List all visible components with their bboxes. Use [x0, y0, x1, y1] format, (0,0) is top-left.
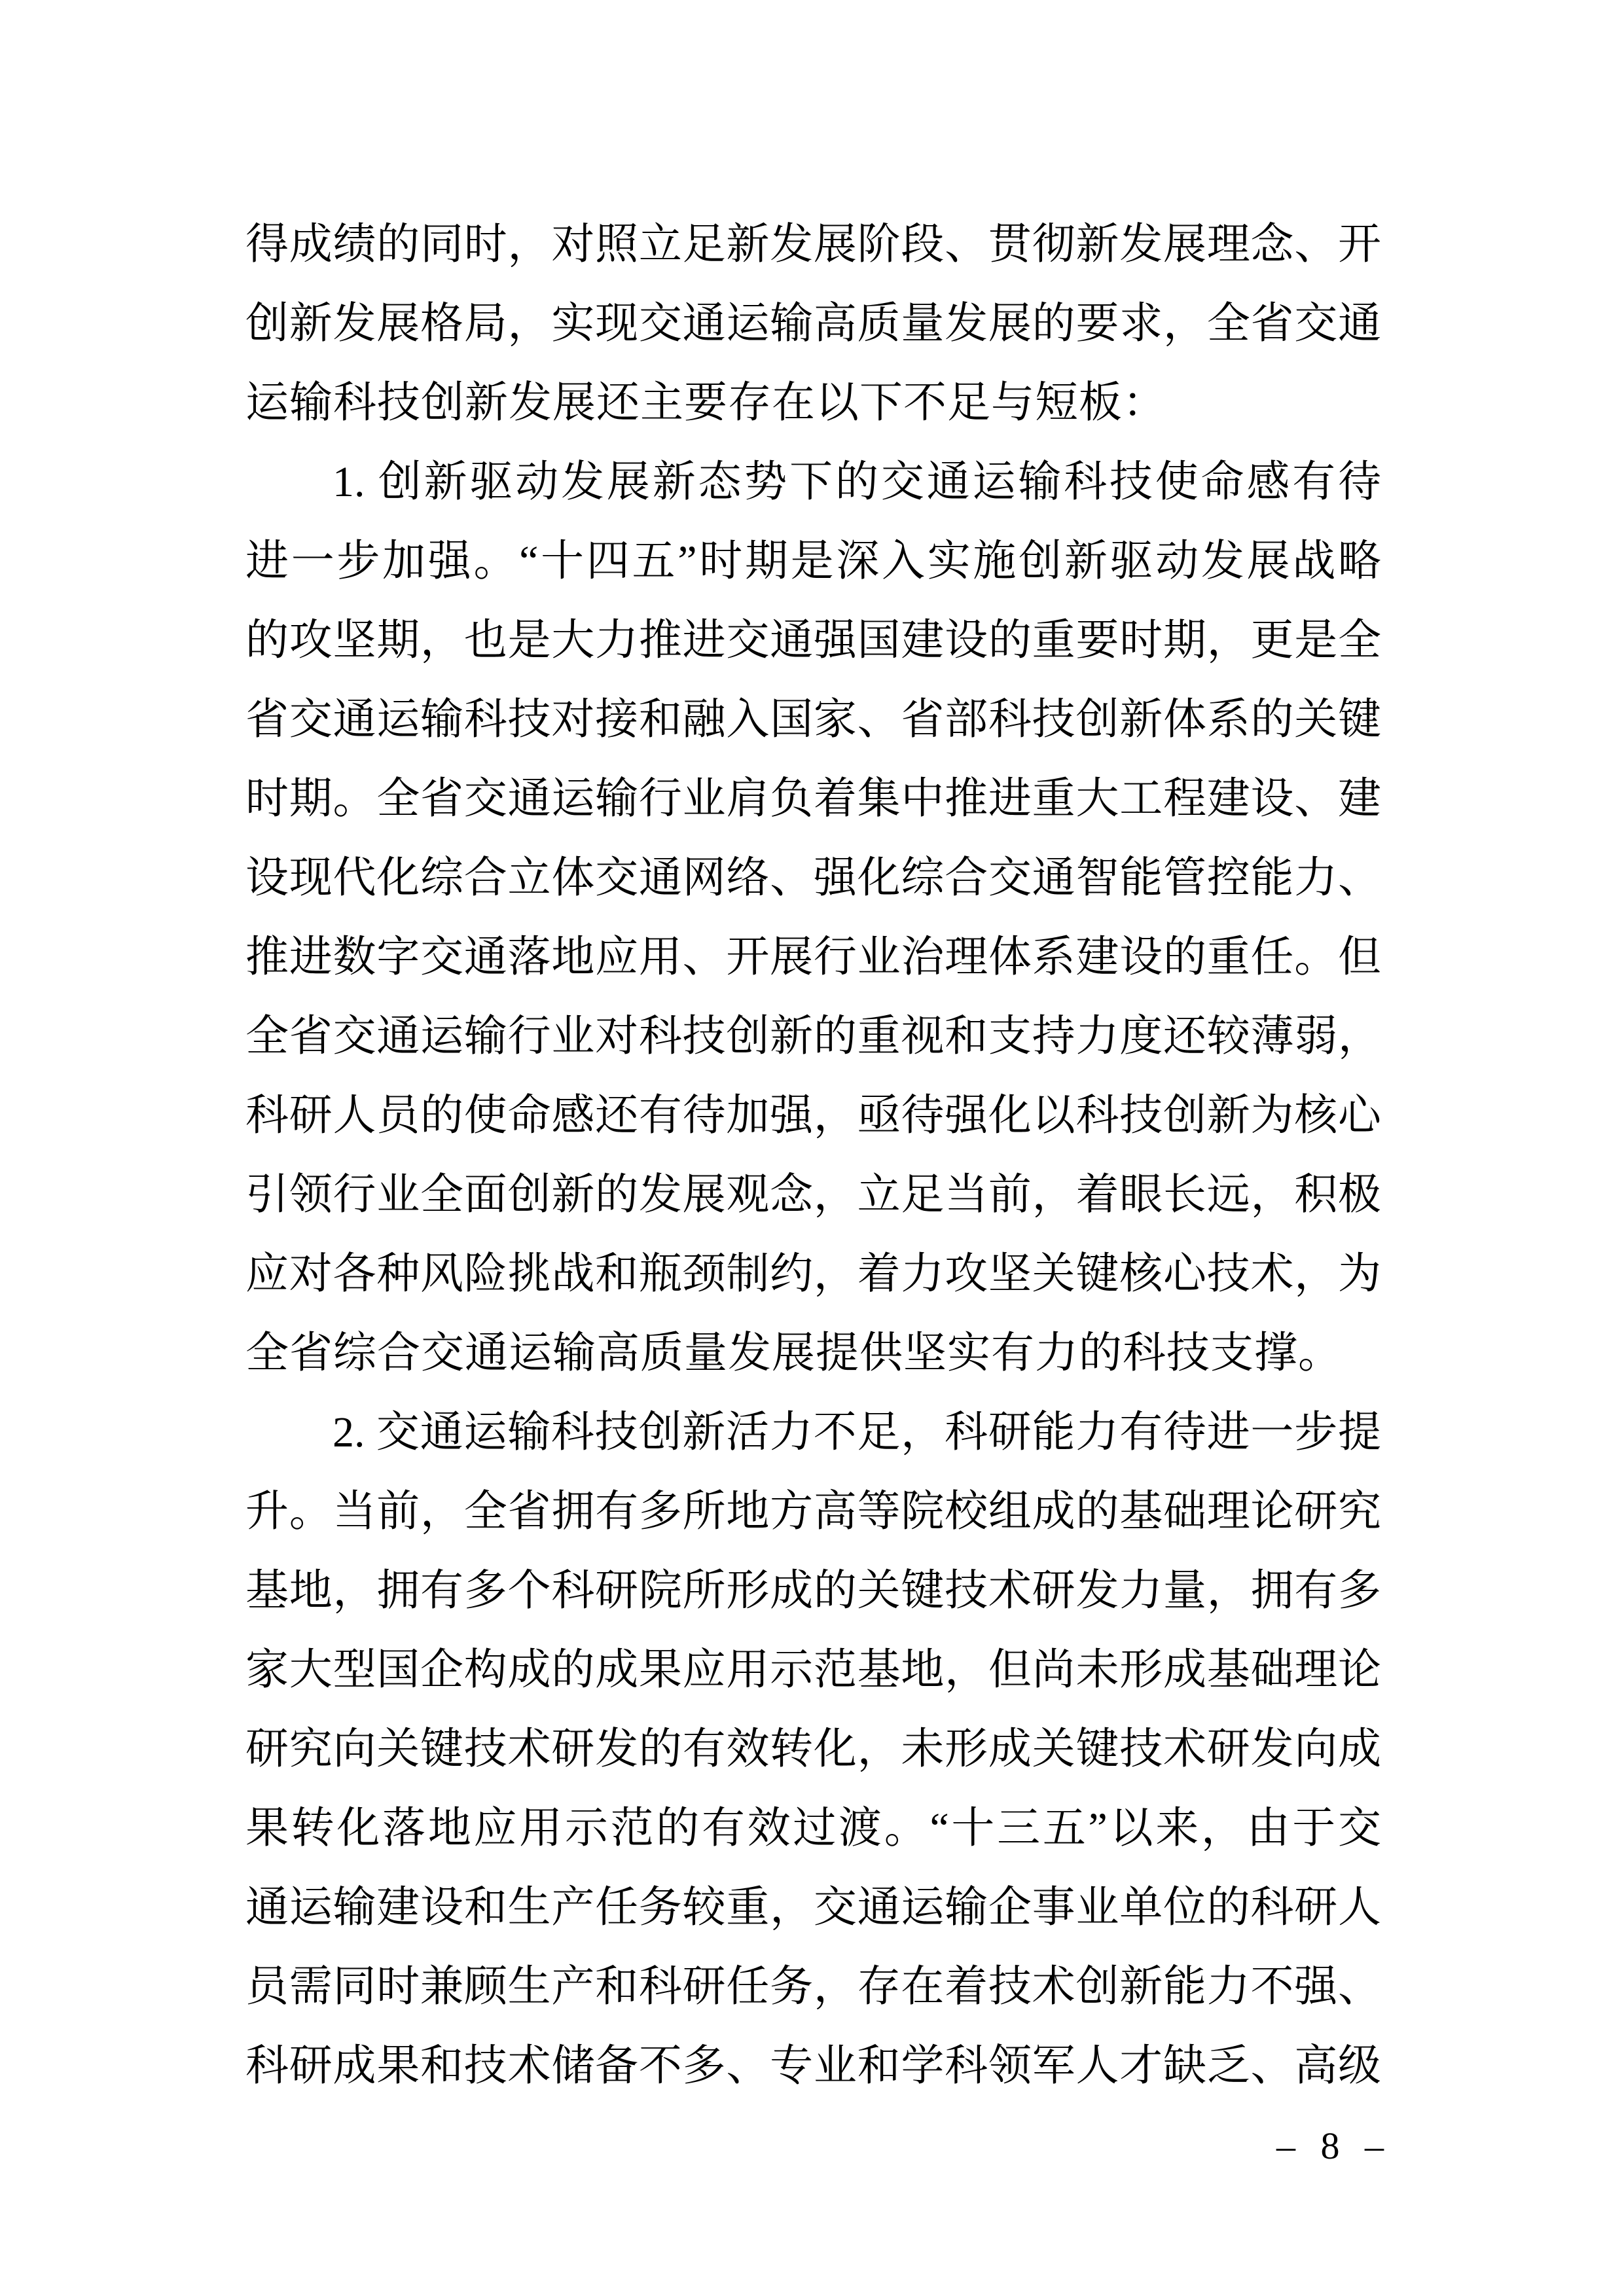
text-line: 应对各种风险挑战和瓶颈制约，着力攻坚关键核心技术，为 [245, 1234, 1381, 1314]
text-line: 升。当前，全省拥有多所地方高等院校组成的基础理论研究 [245, 1472, 1381, 1551]
text-line: 省交通运输科技对接和融入国家、省部科技创新体系的关键 [245, 680, 1381, 759]
document-body: 得成绩的同时，对照立足新发展阶段、贯彻新发展理念、开创新发展格局，实现交通运输高… [245, 205, 1381, 2106]
text-line: 创新发展格局，实现交通运输高质量发展的要求，全省交通 [245, 284, 1381, 363]
text-line: 得成绩的同时，对照立足新发展阶段、贯彻新发展理念、开 [245, 205, 1381, 284]
text-line: 2. 交通运输科技创新活力不足，科研能力有待进一步提 [245, 1393, 1381, 1472]
text-line: 1. 创新驱动发展新态势下的交通运输科技使命感有待 [245, 442, 1381, 522]
text-line: 时期。全省交通运输行业肩负着集中推进重大工程建设、建 [245, 759, 1381, 838]
text-line: 的攻坚期，也是大力推进交通强国建设的重要时期，更是全 [245, 601, 1381, 680]
text-line: 科研成果和技术储备不多、专业和学科领军人才缺乏、高级 [245, 2026, 1381, 2106]
text-line: 通运输建设和生产任务较重，交通运输企事业单位的科研人 [245, 1868, 1381, 1947]
page-number: – 8 – [1276, 2123, 1392, 2170]
text-line: 设现代化综合立体交通网络、强化综合交通智能管控能力、 [245, 838, 1381, 918]
document-page: 得成绩的同时，对照立足新发展阶段、贯彻新发展理念、开创新发展格局，实现交通运输高… [0, 0, 1624, 2296]
text-line: 研究向关键技术研发的有效转化，未形成关键技术研发向成 [245, 1710, 1381, 1789]
text-line: 员需同时兼顾生产和科研任务，存在着技术创新能力不强、 [245, 1947, 1381, 2026]
text-line: 基地，拥有多个科研院所形成的关键技术研发力量，拥有多 [245, 1551, 1381, 1630]
text-line: 引领行业全面创新的发展观念，立足当前，着眼长远，积极 [245, 1155, 1381, 1234]
text-line: 推进数字交通落地应用、开展行业治理体系建设的重任。但 [245, 918, 1381, 997]
text-line: 运输科技创新发展还主要存在以下不足与短板： [245, 363, 1381, 442]
text-line: 全省综合交通运输高质量发展提供坚实有力的科技支撑。 [245, 1314, 1381, 1393]
text-line: 科研人员的使命感还有待加强，亟待强化以科技创新为核心 [245, 1076, 1381, 1155]
text-line: 家大型国企构成的成果应用示范基地，但尚未形成基础理论 [245, 1630, 1381, 1710]
text-line: 全省交通运输行业对科技创新的重视和支持力度还较薄弱， [245, 997, 1381, 1076]
text-line: 进一步加强。“十四五”时期是深入实施创新驱动发展战略 [245, 522, 1381, 601]
text-line: 果转化落地应用示范的有效过渡。“十三五”以来，由于交 [245, 1789, 1381, 1868]
